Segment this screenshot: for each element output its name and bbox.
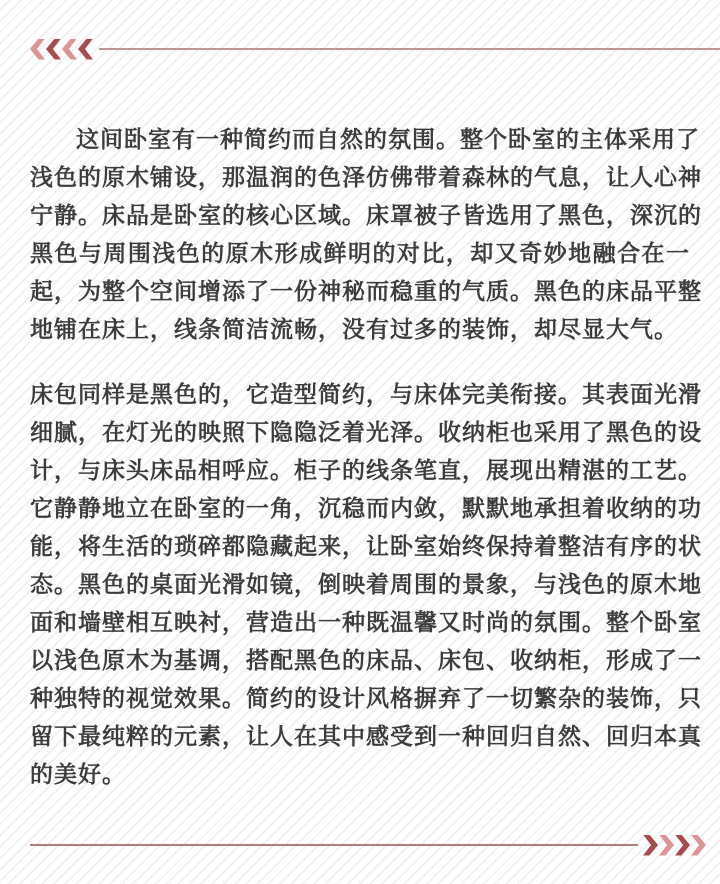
right-chevrons-group [643,835,707,856]
chevron-right-icon [691,835,706,856]
bottom-divider-line [30,844,638,846]
text-line: 宁静。床品是卧室的核心区域。床罩被子皆选用了黑色，深沉的 [30,196,690,234]
paragraph-1: 这间卧室有一种简约而自然的氛围。整个卧室的主体采用了 浅色的原木铺设，那温润的色… [30,120,690,348]
text-line: 它静静地立在卧室的一角，沉稳而内敛，默默地承担着收纳的功 [30,489,690,527]
chevron-left-icon [30,39,45,60]
text-line: 种独特的视觉效果。简约的设计风格摒弃了一切繁杂的装饰，只 [30,679,690,717]
chevron-left-icon [78,39,93,60]
text-line: 这间卧室有一种简约而自然的氛围。整个卧室的主体采用了 [30,120,690,158]
chevron-left-icon [46,39,61,60]
text-line: 黑色与周围浅色的原木形成鲜明的对比，却又奇妙地融合在一 [30,234,690,272]
text-line: 浅色的原木铺设，那温润的色泽仿佛带着森林的气息，让人心神 [30,158,690,196]
paragraph-2: 床包同样是黑色的，它造型简约，与床体完美衔接。其表面光滑 细腻，在灯光的映照下隐… [30,375,690,793]
text-line: 面和墙壁相互映衬，营造出一种既温馨又时尚的氛围。整个卧室 [30,603,690,641]
chevron-right-icon [659,835,674,856]
text-line: 起，为整个空间增添了一份神秘而稳重的气质。黑色的床品平整 [30,272,690,310]
left-chevrons-group [30,39,94,60]
chevron-right-icon [675,835,690,856]
article-text: 这间卧室有一种简约而自然的氛围。整个卧室的主体采用了 浅色的原木铺设，那温润的色… [30,120,690,793]
text-line: 的美好。 [30,755,690,793]
text-line: 态。黑色的桌面光滑如镜，倒映着周围的景象，与浅色的原木地 [30,565,690,603]
top-divider [30,38,720,60]
chevron-right-icon [643,835,658,856]
text-line: 床包同样是黑色的，它造型简约，与床体完美衔接。其表面光滑 [30,375,690,413]
text-line: 地铺在床上，线条简洁流畅，没有过多的装饰，却尽显大气。 [30,310,690,348]
text-line: 留下最纯粹的元素，让人在其中感受到一种回归自然、回归本真 [30,717,690,755]
top-divider-line [99,48,720,50]
text-line: 能，将生活的琐碎都隐藏起来，让卧室始终保持着整洁有序的状 [30,527,690,565]
bottom-divider [30,834,707,856]
text-line: 计，与床头床品相呼应。柜子的线条笔直，展现出精湛的工艺。 [30,451,690,489]
text-line: 细腻，在灯光的映照下隐隐泛着光泽。收纳柜也采用了黑色的设 [30,413,690,451]
text-line: 以浅色原木为基调，搭配黑色的床品、床包、收纳柜，形成了一 [30,641,690,679]
chevron-left-icon [62,39,77,60]
